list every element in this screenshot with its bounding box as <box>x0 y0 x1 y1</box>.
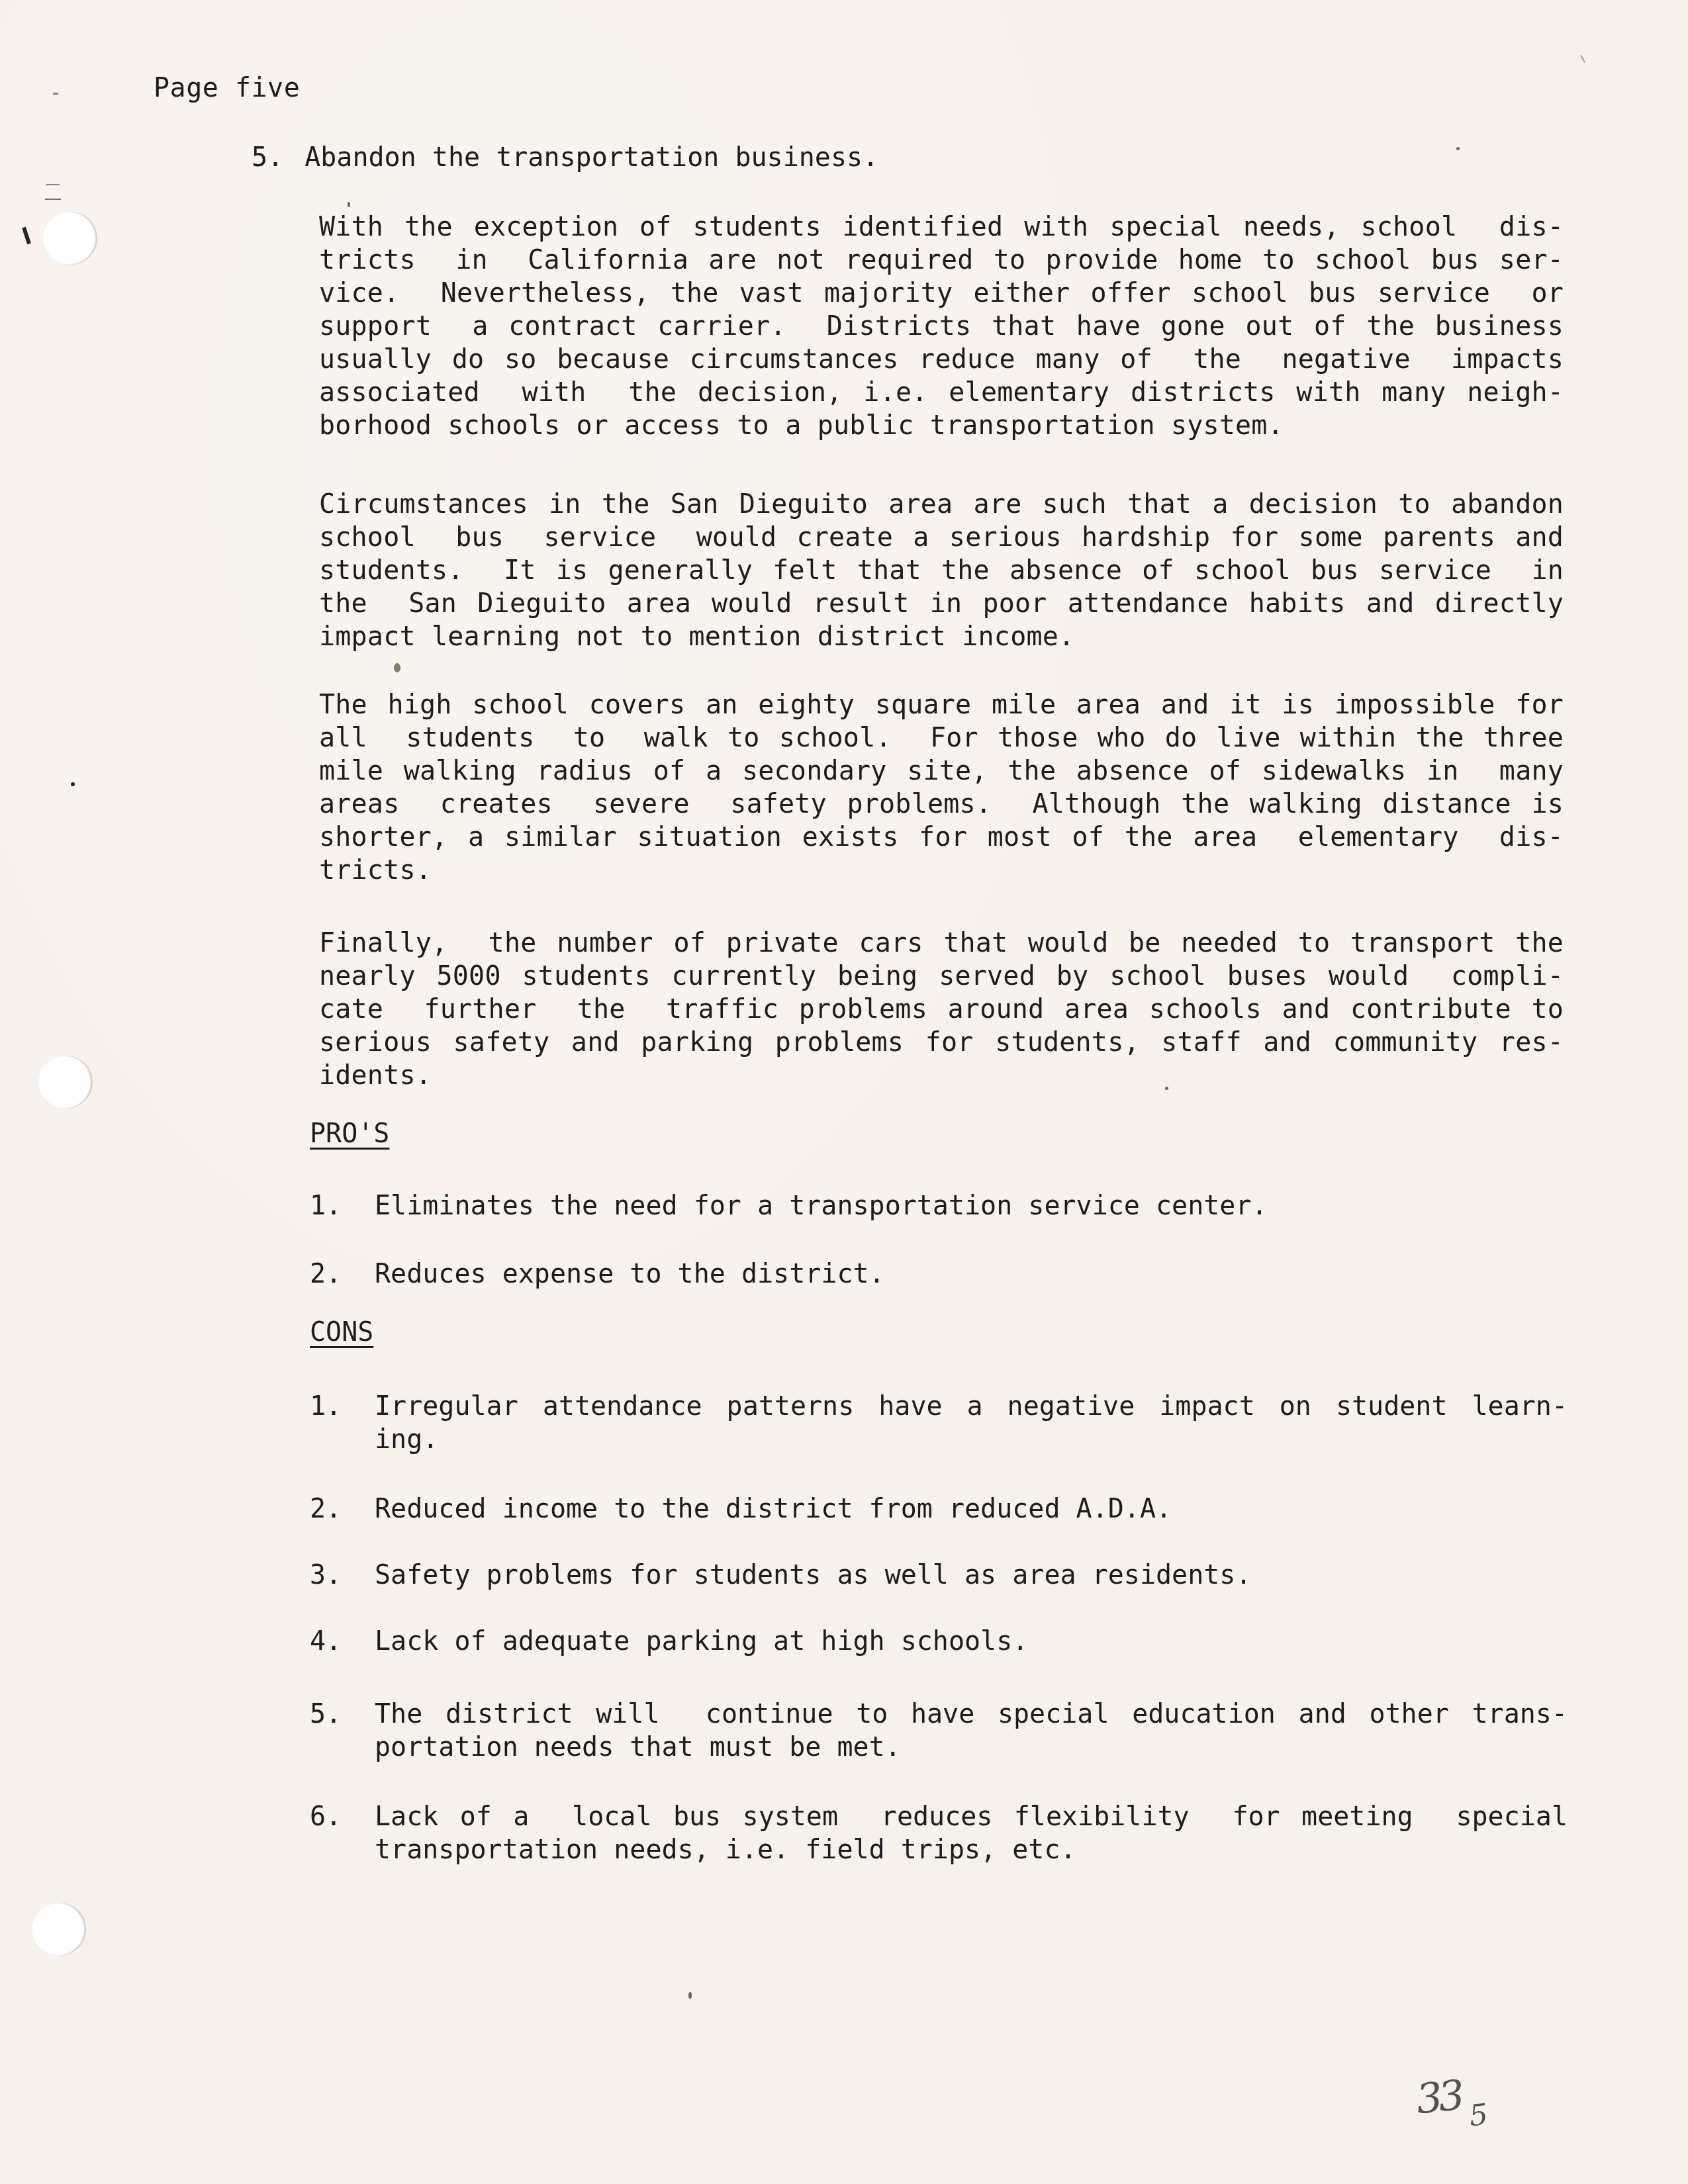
item-line: Lack of adequate parking at high schools… <box>375 1625 1568 1658</box>
paragraph-exception: With the exception of students identifie… <box>319 210 1564 442</box>
item-text: Irregular attendance patterns have a neg… <box>375 1390 1568 1456</box>
paper-speck <box>688 1992 692 1999</box>
cons-item: 2. Reduced income to the district from r… <box>310 1492 1568 1525</box>
item-number: 2. <box>310 1492 375 1525</box>
punch-hole-top <box>43 212 96 265</box>
paragraph-line: impact learning not to mention district … <box>319 620 1564 653</box>
paper-speck <box>1456 147 1460 150</box>
paragraph-high-school: The high school covers an eighty square … <box>319 688 1564 887</box>
paper-speck <box>394 663 400 672</box>
margin-pencil-mark <box>45 199 61 200</box>
item-number: 1. <box>310 1189 375 1222</box>
section-heading: 5. Abandon the transportation business. <box>252 142 878 173</box>
cons-item: 4. Lack of adequate parking at high scho… <box>310 1625 1568 1658</box>
item-line: portation needs that must be met. <box>375 1731 1568 1764</box>
handwritten-page-number: 335 <box>1414 2068 1489 2130</box>
item-line: ing. <box>375 1423 1568 1456</box>
item-line: Reduces expense to the district. <box>375 1257 1568 1291</box>
item-line: Eliminates the need for a transportation… <box>375 1189 1568 1222</box>
cons-item: 6. Lack of a local bus system reduces fl… <box>310 1800 1568 1866</box>
paragraph-circumstances: Circumstances in the San Dieguito area a… <box>319 488 1564 653</box>
item-line: transportation needs, i.e. field trips, … <box>375 1833 1568 1866</box>
section-number: 5. <box>252 142 283 173</box>
paragraph-line: associated with the decision, i.e. eleme… <box>319 376 1564 409</box>
margin-pencil-mark <box>22 227 31 245</box>
item-line: Irregular attendance patterns have a neg… <box>375 1390 1568 1423</box>
paragraph-line: mile walking radius of a secondary site,… <box>319 754 1564 788</box>
margin-ink-dot <box>71 782 75 786</box>
paragraph-line: vice. Nevertheless, the vast majority ei… <box>319 277 1564 310</box>
pros-item: 1. Eliminates the need for a transportat… <box>310 1189 1568 1222</box>
handwritten-page-main: 33 <box>1414 2071 1463 2124</box>
paragraph-line: the San Dieguito area would result in po… <box>319 587 1564 620</box>
paragraph-line: usually do so because circumstances redu… <box>319 343 1564 376</box>
paragraph-line: With the exception of students identifie… <box>319 210 1564 244</box>
item-line: Safety problems for students as well as … <box>375 1559 1568 1592</box>
paragraph-line: Circumstances in the San Dieguito area a… <box>319 488 1564 521</box>
item-number: 2. <box>310 1257 375 1291</box>
paragraph-line: Finally, the number of private cars that… <box>319 927 1564 960</box>
item-text: Eliminates the need for a transportation… <box>375 1189 1568 1222</box>
paragraph-line: The high school covers an eighty square … <box>319 688 1564 721</box>
paragraph-line: serious safety and parking problems for … <box>319 1026 1564 1059</box>
paragraph-line: nearly 5000 students currently being ser… <box>319 960 1564 993</box>
paragraph-line: school bus service would create a seriou… <box>319 521 1564 554</box>
paragraph-line: students. It is generally felt that the … <box>319 554 1564 587</box>
item-line: The district will continue to have speci… <box>375 1698 1568 1731</box>
item-text: Reduced income to the district from redu… <box>375 1492 1568 1525</box>
item-number: 6. <box>310 1800 375 1866</box>
item-number: 5. <box>310 1698 375 1764</box>
paragraph-line: tricts. <box>319 854 1564 887</box>
paragraph-line: all students to walk to school. For thos… <box>319 721 1564 754</box>
margin-pencil-mark <box>53 93 58 95</box>
scanned-page: Page five 5. Abandon the transportation … <box>0 0 1688 2184</box>
paragraph-line: areas creates severe safety problems. Al… <box>319 788 1564 821</box>
paper-speck <box>348 202 350 207</box>
paragraph-line: support a contract carrier. Districts th… <box>319 310 1564 343</box>
punch-hole-bottom <box>32 1903 85 1956</box>
margin-pencil-mark <box>46 184 60 185</box>
paragraph-line: shorter, a similar situation exists for … <box>319 821 1564 854</box>
item-text: Lack of adequate parking at high schools… <box>375 1625 1568 1658</box>
cons-item: 1. Irregular attendance patterns have a … <box>310 1390 1568 1456</box>
item-line: Reduced income to the district from redu… <box>375 1492 1568 1525</box>
paragraph-line: tricts in California are not required to… <box>319 244 1564 277</box>
cons-heading: CONS <box>310 1317 373 1347</box>
paragraph-line: cate further the traffic problems around… <box>319 993 1564 1026</box>
paper-speck <box>1580 54 1586 63</box>
item-number: 1. <box>310 1390 375 1456</box>
handwritten-page-sub: 5 <box>1468 2098 1489 2134</box>
section-title: Abandon the transportation business. <box>305 142 878 173</box>
item-text: Reduces expense to the district. <box>375 1257 1568 1291</box>
cons-item: 5. The district will continue to have sp… <box>310 1698 1568 1764</box>
pros-item: 2. Reduces expense to the district. <box>310 1257 1568 1291</box>
paragraph-line: borhood schools or access to a public tr… <box>319 409 1564 442</box>
item-text: The district will continue to have speci… <box>375 1698 1568 1764</box>
punch-hole-middle <box>38 1056 91 1109</box>
cons-item: 3. Safety problems for students as well … <box>310 1559 1568 1592</box>
paragraph-finally: Finally, the number of private cars that… <box>319 927 1564 1092</box>
item-number: 4. <box>310 1625 375 1658</box>
pros-heading: PRO'S <box>310 1118 389 1149</box>
item-text: Lack of a local bus system reduces flexi… <box>375 1800 1568 1866</box>
item-number: 3. <box>310 1559 375 1592</box>
item-line: Lack of a local bus system reduces flexi… <box>375 1800 1568 1833</box>
page-label: Page five <box>154 73 300 103</box>
paragraph-line: idents. <box>319 1059 1564 1092</box>
item-text: Safety problems for students as well as … <box>375 1559 1568 1592</box>
